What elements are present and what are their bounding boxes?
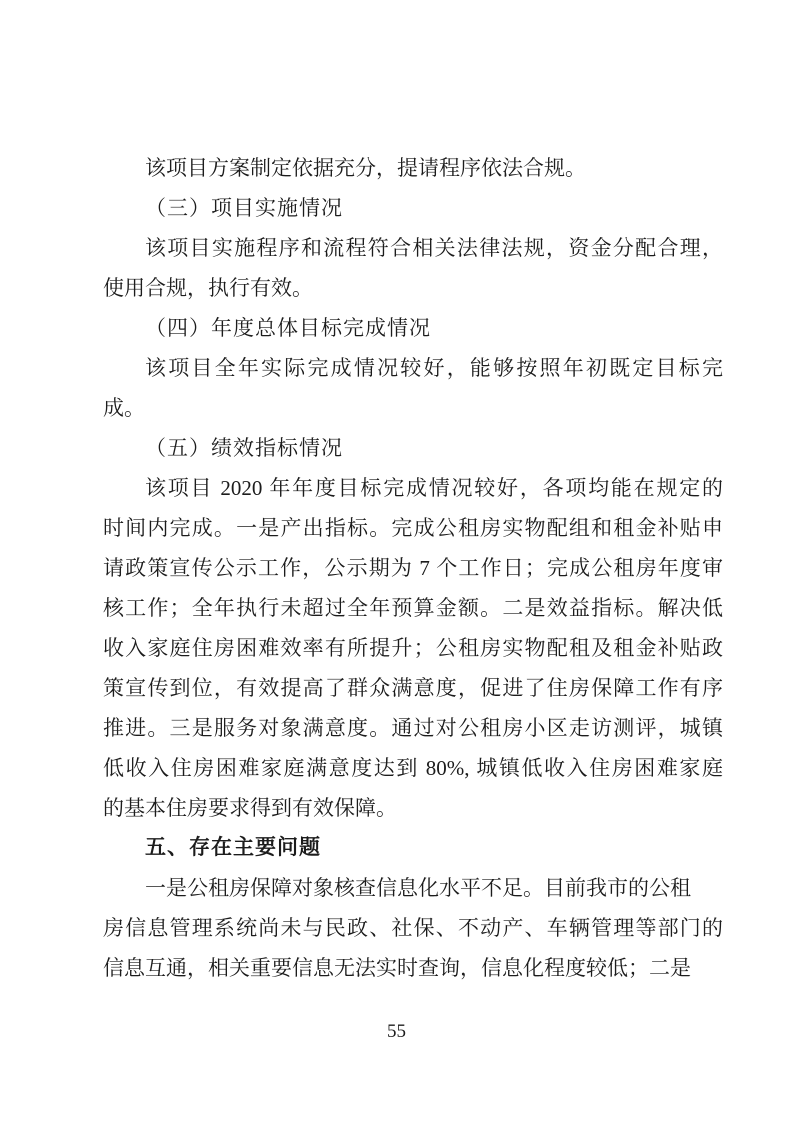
text-line: 的基本住房要求得到有效保障。 (103, 788, 723, 828)
text-line: 房信息管理系统尚未与民政、社保、不动产、车辆管理等部门的 (103, 908, 723, 948)
text-line: 收入家庭住房困难效率有所提升；公租房实物配租及租金补贴政 (103, 628, 723, 668)
subsection-heading: （四）年度总体目标完成情况 (103, 308, 723, 348)
subsection-heading: （五）绩效指标情况 (103, 428, 723, 468)
text-line: 成。 (103, 388, 723, 428)
text-line: 核工作；全年执行未超过全年预算金额。二是效益指标。解决低 (103, 588, 723, 628)
text-line: 该项目实施程序和流程符合相关法律法规，资金分配合理， (103, 228, 723, 268)
text-line: 请政策宣传公示工作，公示期为 7 个工作日；完成公租房年度审 (103, 548, 723, 588)
text-line: 策宣传到位，有效提高了群众满意度，促进了住房保障工作有序 (103, 668, 723, 708)
text-line: 信息互通，相关重要信息无法实时查询，信息化程度较低；二是 (103, 948, 723, 988)
text-line: 该项目 2020 年年度目标完成情况较好，各项均能在规定的 (103, 468, 723, 508)
text-line: 该项目方案制定依据充分，提请程序依法合规。 (103, 148, 723, 188)
text-line: 该项目全年实际完成情况较好，能够按照年初既定目标完 (103, 348, 723, 388)
text-line: 低收入住房困难家庭满意度达到 80%, 城镇低收入住房困难家庭 (103, 748, 723, 788)
page-number: 55 (0, 1018, 793, 1046)
document-body: 该项目方案制定依据充分，提请程序依法合规。（三）项目实施情况该项目实施程序和流程… (103, 148, 723, 988)
text-line: 时间内完成。一是产出指标。完成公租房实物配组和租金补贴申 (103, 508, 723, 548)
document-page: 该项目方案制定依据充分，提请程序依法合规。（三）项目实施情况该项目实施程序和流程… (0, 0, 793, 1122)
subsection-heading: （三）项目实施情况 (103, 188, 723, 228)
section-heading: 五、存在主要问题 (103, 828, 723, 868)
text-line: 使用合规，执行有效。 (103, 268, 723, 308)
text-line: 一是公租房保障对象核查信息化水平不足。目前我市的公租 (103, 868, 723, 908)
text-line: 推进。三是服务对象满意度。通过对公租房小区走访测评，城镇 (103, 708, 723, 748)
